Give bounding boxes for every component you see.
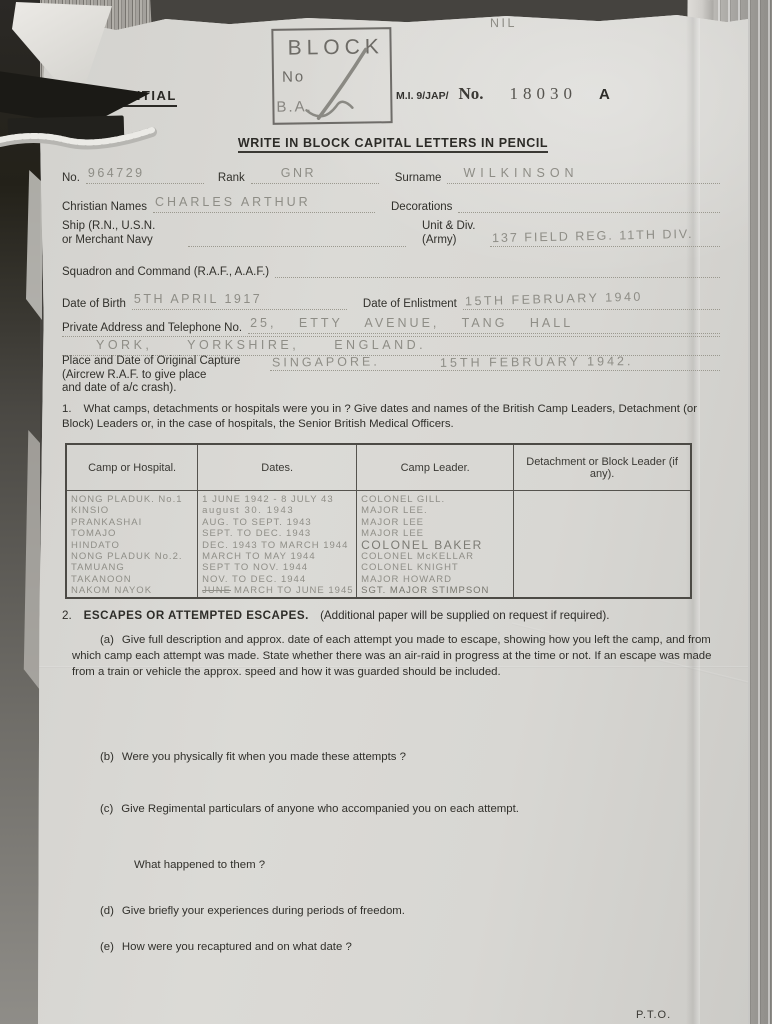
address-field-continued: YORK, YORKSHIRE, ENGLAND.	[62, 336, 720, 356]
binding-string	[0, 118, 158, 162]
dates-value: MARCH TO JUNE 1945	[234, 585, 354, 596]
field-row-squadron: Squadron and Command (R.A.F., A.A.F.)	[62, 266, 720, 278]
table-row: PRANKASHAI	[71, 517, 193, 528]
question-2a: (a)Give full description and approx. dat…	[72, 632, 720, 680]
christian-names-label: Christian Names	[62, 201, 147, 213]
enlistment-value: 15TH FEBRUARY 1940	[465, 290, 643, 309]
column-camp-or-hospital: NONG PLADUK. No.1 KINSIO PRANKASHAI TOMA…	[67, 491, 198, 597]
field-row-capture: Place and Date of Original Capture (Airc…	[62, 355, 720, 396]
column-dates: 1 JUNE 1942 - 8 JULY 43 august 30. 1943 …	[198, 491, 357, 597]
field-row-birth-enlistment: Date of Birth 5TH APRIL 1917 Date of Enl…	[62, 290, 720, 310]
table-row: COLONEL GILL.	[361, 494, 509, 505]
squadron-label: Squadron and Command (R.A.F., A.A.F.)	[62, 266, 269, 278]
table-row: TOMAJO	[71, 528, 193, 539]
camp-table-body: NONG PLADUK. No.1 KINSIO PRANKASHAI TOMA…	[67, 491, 690, 597]
mi9-serial-number: 18030	[510, 84, 578, 104]
document-page: CONFIDENTIAL BLOCK No B.A. M.I. 9/JAP/ N…	[38, 14, 748, 1024]
number-label: No.	[62, 172, 80, 184]
question-2d-label: (d)	[100, 905, 114, 917]
unit-label: Unit & Div. (Army)	[422, 220, 484, 247]
question-2a-label: (a)	[100, 634, 114, 646]
number-value: 964729	[88, 166, 145, 180]
capture-label-line2: (Aircrew R.A.F. to give place	[62, 369, 264, 383]
mi9-prefix: M.I. 9/JAP/	[396, 90, 449, 102]
table-row: 1 JUNE 1942 - 8 JULY 43	[202, 494, 352, 505]
date-of-birth-label: Date of Birth	[62, 298, 126, 310]
header-camp-leader: Camp Leader.	[357, 445, 514, 490]
handwritten-nil-note: NIL	[490, 16, 517, 30]
ship-label: Ship (R.N., U.S.N. or Merchant Navy	[62, 220, 182, 247]
capture-value-place: SINGAPORE.	[272, 355, 380, 370]
column-detachment-leader	[514, 491, 690, 597]
question-2-number: 2.	[62, 609, 72, 622]
christian-names-value: CHARLES ARTHUR	[155, 195, 311, 209]
page-turn-over-label: P.T.O.	[636, 1009, 671, 1021]
decorations-field	[458, 211, 720, 213]
unit-label-line2: (Army)	[422, 234, 484, 248]
question-2d-text: Give briefly your experiences during per…	[122, 905, 405, 917]
capture-label: Place and Date of Original Capture (Airc…	[62, 355, 264, 396]
question-2c-followup: What happened to them ?	[134, 857, 720, 873]
block-number-stamp: BLOCK No B.A.	[271, 27, 392, 125]
capture-label-line3: and date of a/c crash).	[62, 382, 264, 396]
table-row: MAJOR HOWARD	[361, 574, 509, 585]
field-row-address-line2: YORK, YORKSHIRE, ENGLAND.	[62, 336, 720, 356]
table-row: JUNEMARCH TO JUNE 1945	[202, 585, 352, 596]
unit-value: 137 FIELD REG. 11TH DIV.	[492, 227, 694, 245]
question-2d: (d)Give briefly your experiences during …	[72, 903, 720, 919]
question-2-heading: 2.ESCAPES OR ATTEMPTED ESCAPES. (Additio…	[62, 609, 722, 622]
capture-value-date: 15TH FEBRUARY 1942.	[440, 354, 634, 370]
rank-label: Rank	[218, 172, 245, 184]
table-row: SGT. MAJOR STIMPSON	[361, 585, 509, 596]
pencil-scrawl	[303, 33, 390, 124]
question-2e-label: (e)	[100, 941, 114, 953]
ship-field	[188, 245, 406, 247]
struck-out-word: JUNE	[202, 585, 231, 596]
question-1: 1.What camps, detachments or hospitals w…	[62, 402, 722, 432]
address-field-line2	[62, 317, 720, 337]
unit-field: 137 FIELD REG. 11TH DIV.	[490, 227, 720, 247]
question-2b-text: Were you physically fit when you made th…	[122, 751, 406, 763]
table-row: SEPT. TO DEC. 1943	[202, 528, 352, 539]
enlistment-label: Date of Enlistment	[363, 298, 457, 310]
header-detachment-leader: Detachment or Block Leader (if any).	[514, 445, 690, 490]
surname-value: WILKINSON	[463, 166, 578, 180]
enlistment-field: 15TH FEBRUARY 1940	[463, 290, 720, 310]
table-row: DEC. 1943 TO MARCH 1944	[202, 540, 352, 551]
rank-value: GNR	[281, 166, 316, 180]
form-instruction-text: WRITE IN BLOCK CAPITAL LETTERS IN PENCIL	[238, 136, 548, 153]
table-row: NONG PLADUK No.2.	[71, 551, 193, 562]
table-row: NOV. TO DEC. 1944	[202, 574, 352, 585]
address-value-line2: YORK, YORKSHIRE, ENGLAND.	[96, 338, 426, 352]
number-field: 964729	[86, 164, 204, 184]
scanned-document: CONFIDENTIAL BLOCK No B.A. M.I. 9/JAP/ N…	[0, 0, 772, 1024]
decorations-label: Decorations	[391, 201, 452, 213]
field-row-number-rank-surname: No. 964729 Rank GNR Surname WILKINSON	[62, 164, 720, 184]
question-2-title: ESCAPES OR ATTEMPTED ESCAPES.	[84, 609, 309, 622]
field-row-names-decorations: Christian Names CHARLES ARTHUR Decoratio…	[62, 193, 720, 213]
ship-label-line2: or Merchant Navy	[62, 234, 182, 248]
table-row: HINDATO	[71, 540, 193, 551]
table-row: TAKANOON	[71, 574, 193, 585]
table-row: MAJOR LEE.	[361, 505, 509, 516]
question-1-number: 1.	[62, 403, 72, 415]
table-row: MARCH TO MAY 1944	[202, 551, 352, 562]
table-row: KINSIO	[71, 505, 193, 516]
field-row-ship-unit: Ship (R.N., U.S.N. or Merchant Navy Unit…	[62, 220, 720, 247]
surname-field: WILKINSON	[447, 164, 720, 184]
header-dates: Dates.	[198, 445, 357, 490]
table-row: MAJOR LEE	[361, 517, 509, 528]
mi9-reference-line: M.I. 9/JAP/ No. 18030 A	[396, 84, 610, 104]
surname-label: Surname	[395, 172, 442, 184]
ship-label-line1: Ship (R.N., U.S.N.	[62, 220, 182, 234]
camp-table-header: Camp or Hospital. Dates. Camp Leader. De…	[67, 445, 690, 491]
table-row: august 30. 1943	[202, 505, 352, 516]
question-2c-followup-text: What happened to them ?	[134, 859, 265, 871]
question-2e: (e)How were you recaptured and on what d…	[72, 939, 720, 955]
capture-label-line1: Place and Date of Original Capture	[62, 355, 264, 369]
christian-names-field: CHARLES ARTHUR	[153, 193, 375, 213]
question-2a-text: Give full description and approx. date o…	[72, 634, 711, 678]
question-1-text: What camps, detachments or hospitals wer…	[62, 403, 697, 430]
header-camp-or-hospital: Camp or Hospital.	[67, 445, 198, 490]
rank-field: GNR	[251, 164, 379, 184]
date-of-birth-field: 5TH APRIL 1917	[132, 290, 347, 310]
table-row: COLONEL McKELLAR	[361, 551, 509, 562]
question-2b: (b)Were you physically fit when you made…	[72, 749, 720, 765]
table-row: NONG PLADUK. No.1	[71, 494, 193, 505]
date-of-birth-value: 5TH APRIL 1917	[134, 292, 262, 306]
unit-label-line1: Unit & Div.	[422, 220, 484, 234]
question-2b-label: (b)	[100, 751, 114, 763]
stamp-text: No	[282, 68, 305, 85]
mi9-suffix-letter: A	[599, 86, 610, 103]
question-2c-text: Give Regimental particulars of anyone wh…	[121, 803, 519, 815]
question-2c-label: (c)	[100, 803, 113, 815]
question-2c: (c)Give Regimental particulars of anyone…	[72, 801, 720, 817]
column-camp-leader: COLONEL GILL. MAJOR LEE. MAJOR LEE MAJOR…	[357, 491, 514, 597]
table-row: NAKOM NAYOK	[71, 585, 193, 596]
table-row: SEPT TO NOV. 1944	[202, 562, 352, 573]
table-row: COLONEL BAKER	[361, 540, 509, 551]
question-2e-text: How were you recaptured and on what date…	[122, 941, 352, 953]
question-2-note: (Additional paper will be supplied on re…	[320, 609, 609, 622]
squadron-field	[275, 276, 720, 278]
mi9-no-label: No.	[459, 84, 484, 104]
table-row: TAMUANG	[71, 562, 193, 573]
table-row: COLONEL KNIGHT	[361, 562, 509, 573]
capture-field: SINGAPORE. 15TH FEBRUARY 1942.	[270, 355, 720, 371]
camp-table: Camp or Hospital. Dates. Camp Leader. De…	[65, 443, 692, 599]
table-row: AUG. TO SEPT. 1943	[202, 517, 352, 528]
